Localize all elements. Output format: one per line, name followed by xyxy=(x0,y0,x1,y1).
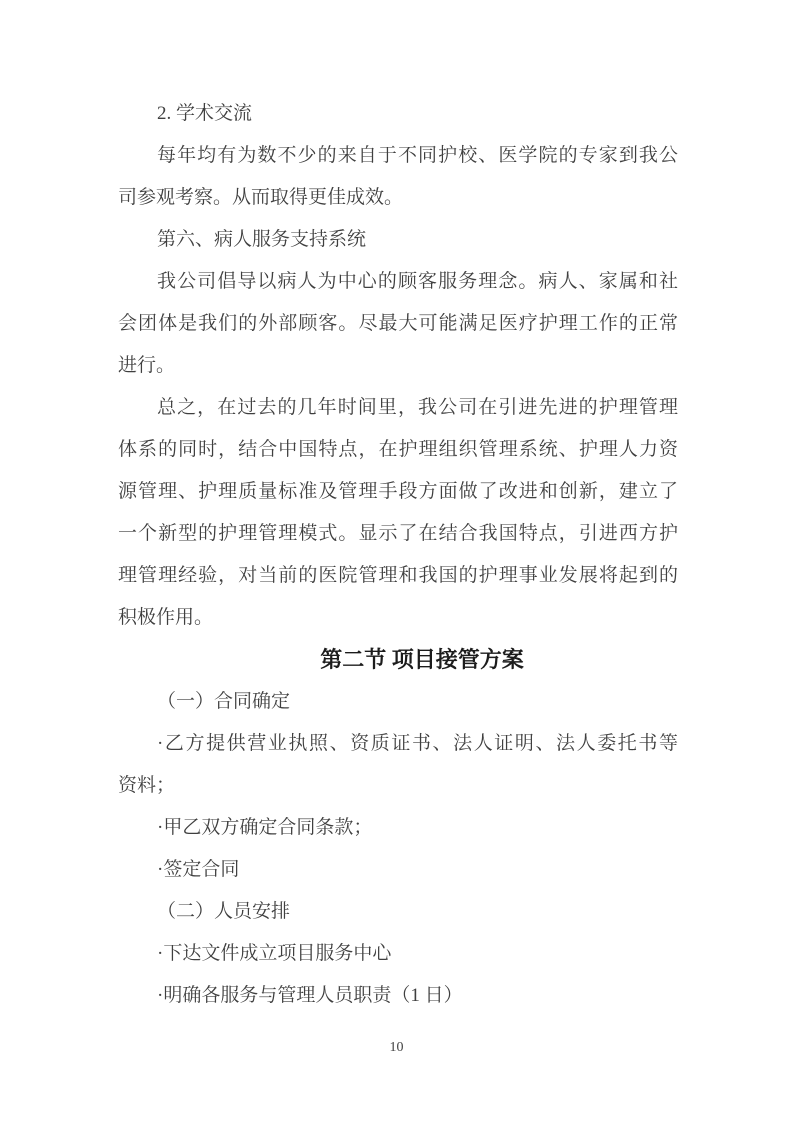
document-page: 2. 学术交流每年均有为数不少的来自于不同护校、医学院的专家到我公司参观考察。从… xyxy=(0,0,793,1122)
text-line: 2. 学术交流 xyxy=(118,93,678,135)
text-line: 司参观考察。从而取得更佳成效。 xyxy=(118,177,678,219)
text-line: 一个新型的护理管理模式。显示了在结合我国特点，引进西方护 xyxy=(118,513,678,555)
list-item-line: ·乙方提供营业执照、资质证书、法人证明、法人委托书等 xyxy=(118,723,678,765)
text-line: 第六、病人服务支持系统 xyxy=(118,219,678,261)
text-line: 体系的同时，结合中国特点，在护理组织管理系统、护理人力资 xyxy=(118,429,678,471)
text-line: 总之，在过去的几年时间里，我公司在引进先进的护理管理 xyxy=(118,387,678,429)
list-item-line: ·明确各服务与管理人员职责（1 日） xyxy=(118,975,678,1017)
page-number: 10 xyxy=(0,1038,793,1058)
text-line: 理管理经验，对当前的医院管理和我国的护理事业发展将起到的 xyxy=(118,555,678,597)
text-line: （一）合同确定 xyxy=(118,681,678,723)
text-line: 进行。 xyxy=(118,345,678,387)
text-line: 源管理、护理质量标准及管理手段方面做了改进和创新，建立了 xyxy=(118,471,678,513)
text-line: 我公司倡导以病人为中心的顾客服务理念。病人、家属和社 xyxy=(118,261,678,303)
section-heading: 第二节 项目接管方案 xyxy=(118,639,678,681)
text-line: （二）人员安排 xyxy=(118,891,678,933)
text-line: 会团体是我们的外部顾客。尽最大可能满足医疗护理工作的正常 xyxy=(118,303,678,345)
list-item-line: ·签定合同 xyxy=(118,849,678,891)
list-item-line: ·下达文件成立项目服务中心 xyxy=(118,933,678,975)
text-line: 积极作用。 xyxy=(118,597,678,639)
text-line: 每年均有为数不少的来自于不同护校、医学院的专家到我公 xyxy=(118,135,678,177)
list-item-line: ·甲乙双方确定合同条款； xyxy=(118,807,678,849)
text-line: 资料； xyxy=(118,765,678,807)
document-body: 2. 学术交流每年均有为数不少的来自于不同护校、医学院的专家到我公司参观考察。从… xyxy=(118,93,678,1017)
